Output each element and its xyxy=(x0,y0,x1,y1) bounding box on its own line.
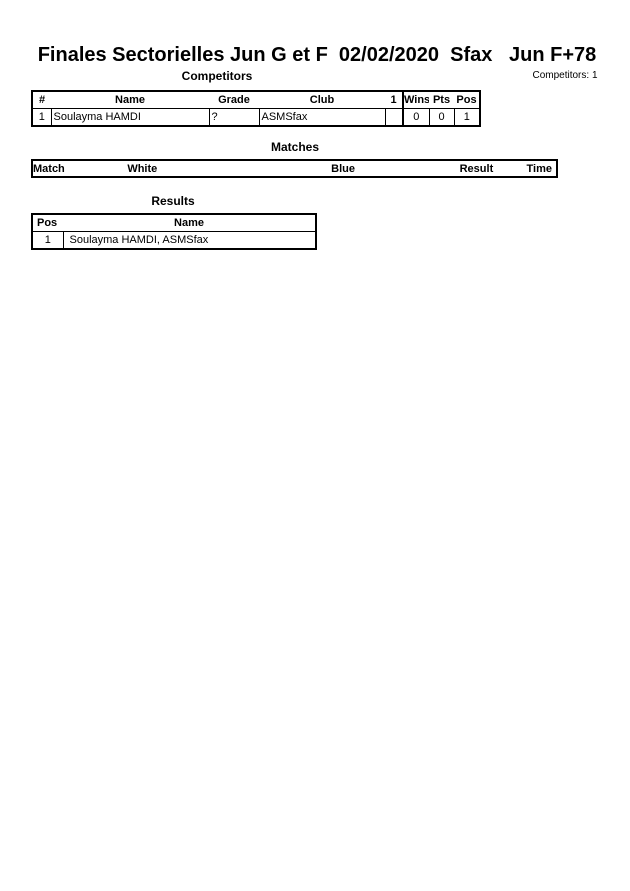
col-header-blue: Blue xyxy=(331,160,459,177)
competitor-club: ASMSfax xyxy=(259,109,385,127)
competitors-section-title: Competitors xyxy=(150,69,284,83)
result-pos: 1 xyxy=(32,232,63,250)
col-header-name: Name xyxy=(51,91,209,109)
competitor-pos: 1 xyxy=(454,109,480,127)
col-header-pos: Pos xyxy=(454,91,480,109)
col-header-time: Time xyxy=(508,160,557,177)
col-header-match: Match xyxy=(32,160,118,177)
competitor-number: 1 xyxy=(32,109,51,127)
col-header-result: Result xyxy=(460,160,508,177)
competitors-header-row: # Name Grade Club 1 Wins Pts Pos xyxy=(32,91,480,109)
competitors-count: Competitors: 1 xyxy=(500,70,630,81)
col-header-name: Name xyxy=(63,214,316,232)
competitor-name: Soulayma HAMDI xyxy=(51,109,209,127)
col-header-white: White xyxy=(118,160,331,177)
results-section-title: Results xyxy=(100,194,246,208)
table-row: 1 Soulayma HAMDI, ASMSfax xyxy=(32,232,316,250)
col-header-club: Club xyxy=(259,91,385,109)
competitor-pts: 0 xyxy=(429,109,454,127)
matches-header-row: Match White Blue Result Time xyxy=(32,160,557,177)
results-header-row: Pos Name xyxy=(32,214,316,232)
result-name: Soulayma HAMDI, ASMSfax xyxy=(63,232,316,250)
results-table: Pos Name 1 Soulayma HAMDI, ASMSfax xyxy=(31,213,317,250)
competitor-grade: ? xyxy=(209,109,259,127)
col-header-pos: Pos xyxy=(32,214,63,232)
competitor-wins: 0 xyxy=(403,109,429,127)
competitor-round-1 xyxy=(385,109,403,127)
matches-table: Match White Blue Result Time xyxy=(31,159,558,178)
competitors-table: # Name Grade Club 1 Wins Pts Pos 1 Soula… xyxy=(31,90,481,127)
col-header-grade: Grade xyxy=(209,91,259,109)
matches-section-title: Matches xyxy=(200,140,390,154)
col-header-number: # xyxy=(32,91,51,109)
col-header-wins: Wins xyxy=(403,91,429,109)
col-header-pts: Pts xyxy=(429,91,454,109)
table-row: 1 Soulayma HAMDI ? ASMSfax 0 0 1 xyxy=(32,109,480,127)
page-title: Finales Sectorielles Jun G et F 02/02/20… xyxy=(0,44,630,67)
col-header-round-1: 1 xyxy=(385,91,403,109)
